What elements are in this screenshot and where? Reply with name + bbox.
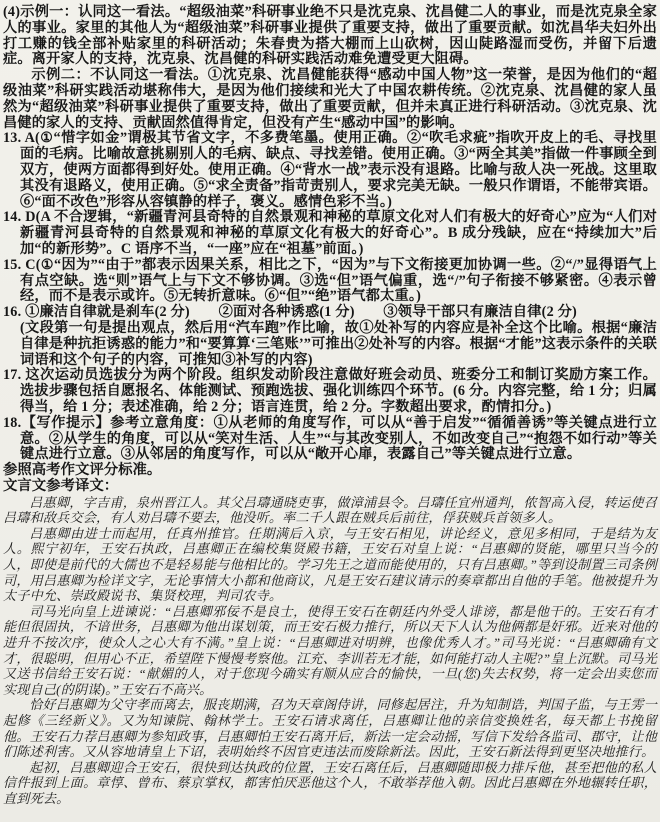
answer-item-16-note: (文段第一句是提出观点，然后用“汽车跑”作比喻，故①处补写的内容应是补全这个比喻… [20, 321, 657, 368]
translation-paragraph-5: 起初，吕惠卿迎合王安石，很快到达执政的位置，王安石离任后，吕惠卿随即极力排斥他，… [3, 760, 657, 807]
answer-item-18: 18.【写作提示】参考立意角度：①从老师的角度写作，可以从“善于启发”“循循善诱… [3, 416, 657, 463]
answer-item-12-4: (4)示例一：认同这一看法。“超级油菜”科研事业绝不只是沈克泉、沈昌健二人的事业… [3, 5, 657, 68]
answer-item-14: 14. D(A 不合逻辑，“新疆青河县奇特的自然景观和神秘的草原文化对人们有极大… [3, 210, 657, 257]
answer-item-12-alt: 示例二：不认同这一看法。①沈克泉、沈昌健能获得“感动中国人物”这一荣誉，是因为他… [3, 68, 657, 131]
translation-title: 文言文参考译文： [3, 479, 657, 495]
translation-paragraph-3: 司马光向皇上进谏说：“吕惠卿邪佞不是良士，使得王安石在朝廷内外受人诽谤，都是他干… [3, 604, 657, 698]
translation-paragraph-1: 吕惠卿，字吉甫，泉州晋江人。其父吕璹通晓吏事，做漳浦县令。吕璹任宜州通判，侬智高… [3, 495, 657, 526]
answer-item-16: 16. ①廉洁自律就是刹车(2 分) ②面对各种诱惑(1 分) ③领导干部只有廉… [3, 305, 657, 321]
grading-standard-note: 参照高考作文评分标准。 [3, 463, 657, 479]
translation-section: 文言文参考译文： 吕惠卿，字吉甫，泉州晋江人。其父吕璹通晓吏事，做漳浦县令。吕璹… [3, 479, 657, 807]
answer-item-17: 17. 这次运动员选拔分为两个阶段。组织发动阶段注意做好班会动员、班委分工和制订… [3, 368, 657, 415]
answer-item-15: 15. C(①“因为”“由于”都表示因果关系，相比之下，“因为”与下文衔接更加协… [3, 258, 657, 305]
translation-paragraph-2: 吕惠卿由进士而起用，任真州推官。任期满后入京，与王安石相见，讲论经义，意见多相同… [3, 526, 657, 604]
answer-key-section: (4)示例一：认同这一看法。“超级油菜”科研事业绝不只是沈克泉、沈昌健二人的事业… [3, 5, 657, 479]
scanned-answer-key-page: (4)示例一：认同这一看法。“超级油菜”科研事业绝不只是沈克泉、沈昌健二人的事业… [0, 0, 660, 822]
answer-item-13: 13. A(①“惜字如金”谓极其节省文字，不多费笔墨。使用正确。②“吹毛求疵”指… [3, 131, 657, 210]
translation-paragraph-4: 恰好吕惠卿为父守孝而离去，服丧期满，召为天章阁侍讲，同修起居注，升为知制诰，判国… [3, 697, 657, 759]
